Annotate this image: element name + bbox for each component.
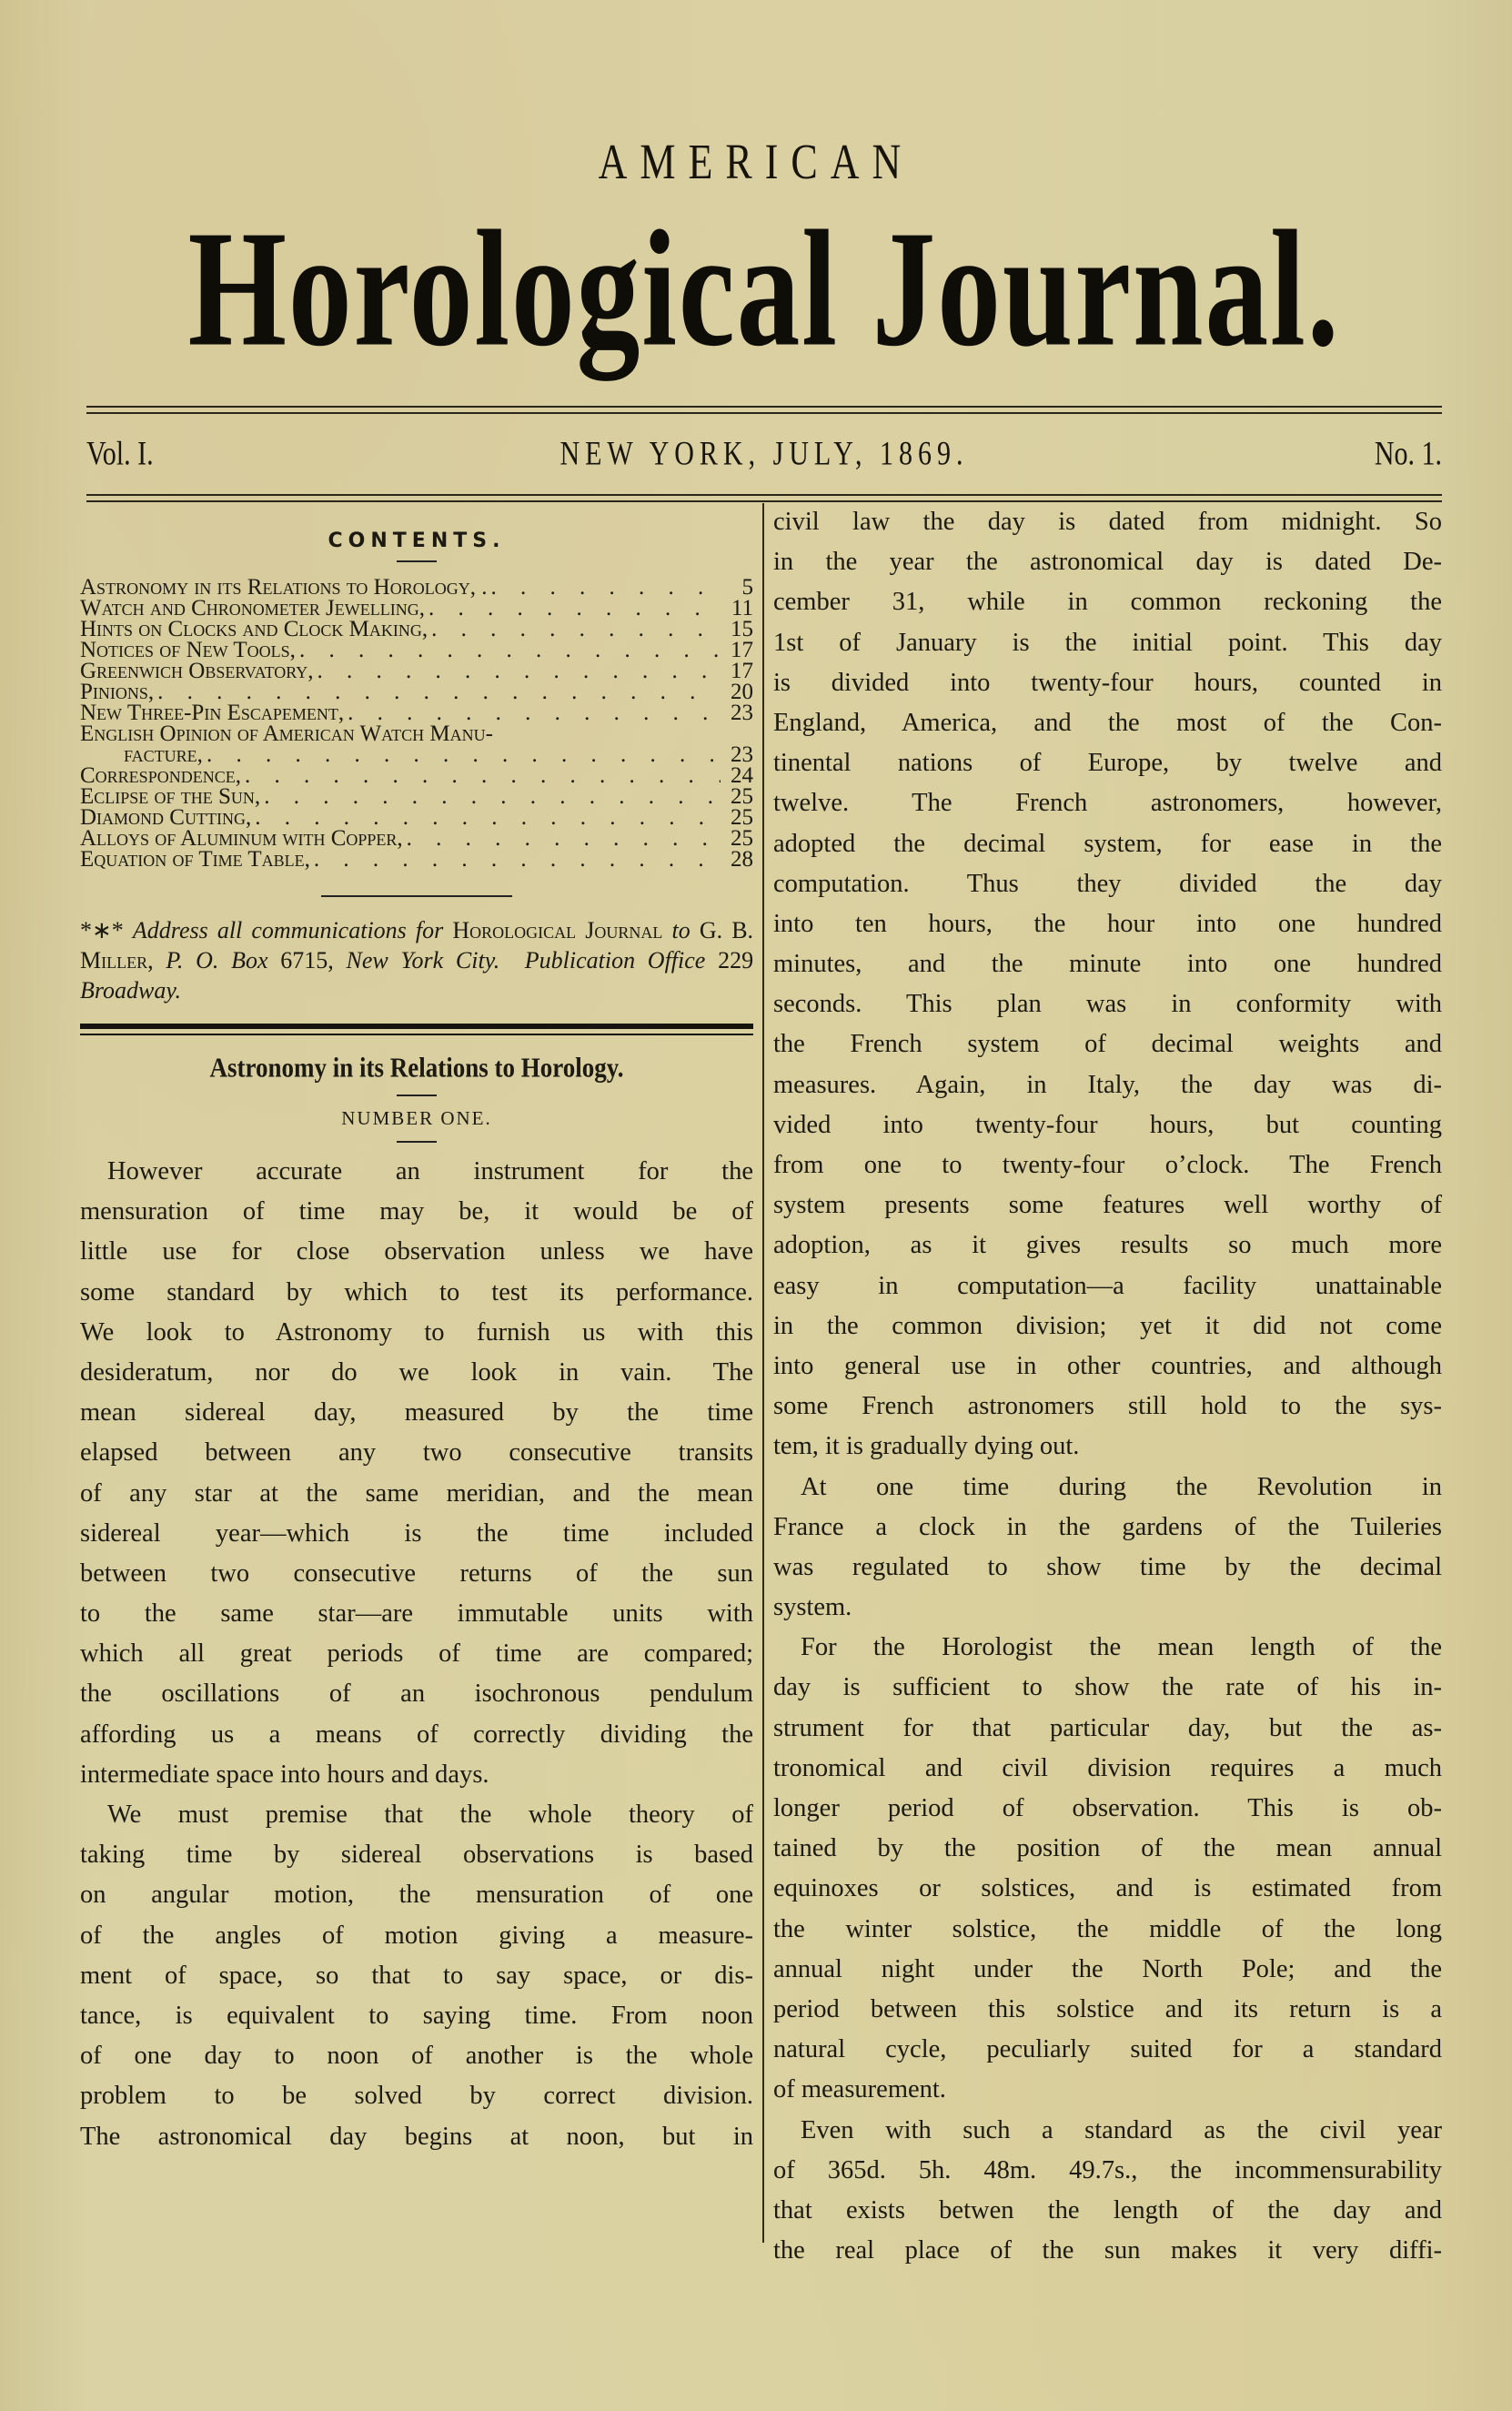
toc-item[interactable]: Pinions,20	[80, 681, 753, 702]
text-line: vided into twenty-four hours, but counti…	[773, 1105, 1442, 1145]
text-line: sidereal year—which is the time included	[80, 1514, 753, 1554]
leader-dots	[428, 598, 721, 619]
issue-number: No. 1.	[1375, 435, 1442, 474]
asterism-icon: *∗*	[80, 917, 124, 943]
text-line: civil law the day is dated from midnight…	[773, 502, 1442, 542]
text-line: However accurate an instrument for the	[80, 1152, 753, 1192]
toc-item[interactable]: Watch and Chronometer Jewelling,11	[80, 598, 753, 619]
leader-dots	[255, 807, 721, 828]
text-line: was regulated to show time by the decima…	[773, 1548, 1442, 1588]
leader-dots	[348, 702, 721, 723]
text-line: into ten hours, the hour into one hundre…	[773, 904, 1442, 944]
leader-dots	[157, 681, 721, 702]
journal-page: AMERICAN Horological Journal. Vol. I. NE…	[0, 0, 1512, 2411]
text-line: longer period of observation. This is ob…	[773, 1789, 1442, 1829]
text-line: 1st of January is the initial point. Thi…	[773, 623, 1442, 663]
toc-page: 17	[721, 661, 753, 681]
text-line: affording us a means of correctly dividi…	[80, 1715, 753, 1755]
masthead-title: Horological Journal.	[130, 206, 1399, 372]
text-line: day is sufficient to show the rate of hi…	[773, 1668, 1442, 1708]
toc-item[interactable]: Correspondence,24	[80, 765, 753, 786]
toc-page: 25	[721, 807, 753, 828]
leader-dots	[314, 849, 721, 870]
toc-item[interactable]: Notices of New Tools,17	[80, 640, 753, 661]
leader-dots	[431, 619, 721, 640]
article-body-right: civil law the day is dated from midnight…	[773, 502, 1442, 2271]
leader-dots	[490, 577, 721, 598]
toc-item[interactable]: Hints on Clocks and Clock Making,15	[80, 619, 753, 640]
dateline-rule	[86, 494, 1442, 496]
toc-item[interactable]: Diamond Cutting,25	[80, 807, 753, 828]
text-line: We look to Astronomy to furnish us with …	[80, 1313, 753, 1353]
toc-page: 28	[721, 849, 753, 870]
text-line: to the same star—are immutable units wit…	[80, 1594, 753, 1634]
text-line: some standard by which to test its perfo…	[80, 1273, 753, 1313]
article-title: Astronomy in its Relations to Horology.	[80, 1052, 753, 1084]
contents-heading: CONTENTS.	[80, 530, 753, 560]
toc-item[interactable]: Equation of Time Table,28	[80, 849, 753, 870]
divider	[397, 560, 437, 562]
right-column: civil law the day is dated from midnight…	[773, 509, 1442, 2271]
divider	[397, 1095, 437, 1096]
text-line: computation. Thus they divided the day	[773, 864, 1442, 904]
text-line: We must premise that the whole theory of	[80, 1795, 753, 1835]
text-line: problem to be solved by correct division…	[80, 2076, 753, 2116]
toc-page: 25	[721, 786, 753, 807]
text-line: measures. Again, in Italy, the day was d…	[773, 1065, 1442, 1105]
text-line: annual night under the North Pole; and t…	[773, 1950, 1442, 1990]
leader-dots	[264, 786, 721, 807]
text-line: elapsed between any two consecutive tran…	[80, 1433, 753, 1473]
divider	[321, 895, 512, 897]
text-line: At one time during the Revolution in	[773, 1468, 1442, 1508]
text-line: period between this solstice and its ret…	[773, 1990, 1442, 2030]
text-line: of any star at the same meridian, and th…	[80, 1474, 753, 1514]
text-line: system presents some features well worth…	[773, 1185, 1442, 1226]
left-column: CONTENTS. Astronomy in its Relations to …	[80, 509, 753, 2157]
text-line: taking time by sidereal observations is …	[80, 1835, 753, 1875]
address-notice: *∗* Address all communications for Horol…	[80, 915, 753, 1005]
text-line: easy in computation—a facility unattaina…	[773, 1266, 1442, 1306]
text-line: strument for that particular day, but th…	[773, 1709, 1442, 1749]
leader-dots	[318, 661, 721, 681]
text-line: that exists betwen the length of the day…	[773, 2191, 1442, 2231]
toc-page: 5	[721, 577, 753, 598]
text-line: The astronomical day begins at noon, but…	[80, 2117, 753, 2157]
text-line: of the angles of motion giving a measure…	[80, 1916, 753, 1956]
text-line: mensuration of time may be, it would be …	[80, 1192, 753, 1232]
text-line: adopted the decimal system, for ease in …	[773, 824, 1442, 864]
dateline: Vol. I. NEW YORK, JULY, 1869. No. 1.	[86, 435, 1442, 471]
text-line: is divided into twenty-four hours, count…	[773, 663, 1442, 703]
text-line: some French astronomers still hold to th…	[773, 1387, 1442, 1427]
text-line: system.	[773, 1588, 1442, 1628]
text-line: into general use in other countries, and…	[773, 1347, 1442, 1387]
text-line: desideratum, nor do we look in vain. The	[80, 1353, 753, 1393]
text-line: which all great periods of time are comp…	[80, 1634, 753, 1674]
text-line: tained by the position of the mean annua…	[773, 1829, 1442, 1869]
text-line: little use for close observation unless …	[80, 1232, 753, 1272]
text-line: ment of space, so that to say space, or …	[80, 1956, 753, 1996]
text-line: seconds. This plan was in conformity wit…	[773, 984, 1442, 1024]
toc-page: 25	[721, 828, 753, 849]
toc-page: 23	[721, 744, 753, 765]
divider	[397, 1141, 437, 1143]
article-subtitle: NUMBER ONE.	[80, 1107, 753, 1130]
text-line: cember 31, while in common reckoning the	[773, 582, 1442, 622]
text-line: in the common division; yet it did not c…	[773, 1306, 1442, 1347]
text-line: natural cycle, peculiarly suited for a s…	[773, 2030, 1442, 2070]
leader-dots	[207, 744, 721, 765]
text-line: the oscillations of an isochronous pendu…	[80, 1674, 753, 1714]
text-line: For the Horologist the mean length of th…	[773, 1628, 1442, 1668]
article-body-left: However accurate an instrument for the m…	[80, 1152, 753, 2157]
toc-item[interactable]: Eclipse of the Sun,25	[80, 786, 753, 807]
leader-dots	[407, 828, 721, 849]
masthead-overline: AMERICAN	[0, 133, 1512, 191]
masthead-rule	[86, 412, 1442, 414]
leader-dots	[299, 640, 721, 661]
text-line: of one day to noon of another is the who…	[80, 2036, 753, 2076]
toc-page: 11	[721, 598, 753, 619]
text-line: on angular motion, the mensuration of on…	[80, 1875, 753, 1915]
text-line: tronomical and civil division requires a…	[773, 1749, 1442, 1789]
text-line: France a clock in the gardens of the Tui…	[773, 1508, 1442, 1548]
toc-item[interactable]: Greenwich Observatory,17	[80, 661, 753, 681]
toc-item[interactable]: English Opinion of American Watch Manu-	[80, 723, 753, 744]
text-line: of 365d. 5h. 48m. 49.7s., the incommensu…	[773, 2151, 1442, 2191]
text-line: twelve. The French astronomers, however,	[773, 783, 1442, 823]
toc-page: 17	[721, 640, 753, 661]
text-line: tance, is equivalent to saying time. Fro…	[80, 1996, 753, 2036]
text-line: between two consecutive returns of the s…	[80, 1554, 753, 1594]
text-line: mean sidereal day, measured by the time	[80, 1393, 753, 1433]
column-divider	[762, 503, 764, 2243]
dateline-text: NEW YORK, JULY, 1869.	[86, 435, 1442, 474]
text-line: Even with such a standard as the civil y…	[773, 2111, 1442, 2151]
toc-page: 20	[721, 681, 753, 702]
text-line: tinental nations of Europe, by twelve an…	[773, 743, 1442, 783]
text-line: minutes, and the minute into one hundred	[773, 944, 1442, 984]
masthead-rule	[86, 406, 1442, 408]
text-line: the French system of decimal weights and	[773, 1024, 1442, 1064]
text-line: equinoxes or solstices, and is estimated…	[773, 1869, 1442, 1909]
section-rule	[80, 1024, 753, 1029]
text-line: intermediate space into hours and days.	[80, 1755, 753, 1795]
text-line: the real place of the sun makes it very …	[773, 2231, 1442, 2271]
text-line: England, America, and the most of the Co…	[773, 703, 1442, 743]
table-of-contents: Astronomy in its Relations to Horology, …	[80, 577, 753, 870]
toc-page: 23	[721, 702, 753, 723]
text-line: from one to twenty-four o’clock. The Fre…	[773, 1145, 1442, 1185]
toc-page: 24	[721, 765, 753, 786]
toc-item[interactable]: facture,23	[80, 744, 753, 765]
text-line: in the year the astronomical day is date…	[773, 542, 1442, 582]
toc-item[interactable]: New Three-Pin Escapement,23	[80, 702, 753, 723]
toc-item[interactable]: Alloys of Aluminum with Copper,25	[80, 828, 753, 849]
text-line: tem, it is gradually dying out.	[773, 1427, 1442, 1467]
leader-dots	[245, 765, 721, 786]
text-line: of measurement.	[773, 2070, 1442, 2110]
text-line: adoption, as it gives results so much mo…	[773, 1226, 1442, 1266]
toc-item[interactable]: Astronomy in its Relations to Horology, …	[80, 577, 753, 598]
section-rule	[80, 1034, 753, 1035]
toc-page: 15	[721, 619, 753, 640]
text-line: the winter solstice, the middle of the l…	[773, 1910, 1442, 1950]
